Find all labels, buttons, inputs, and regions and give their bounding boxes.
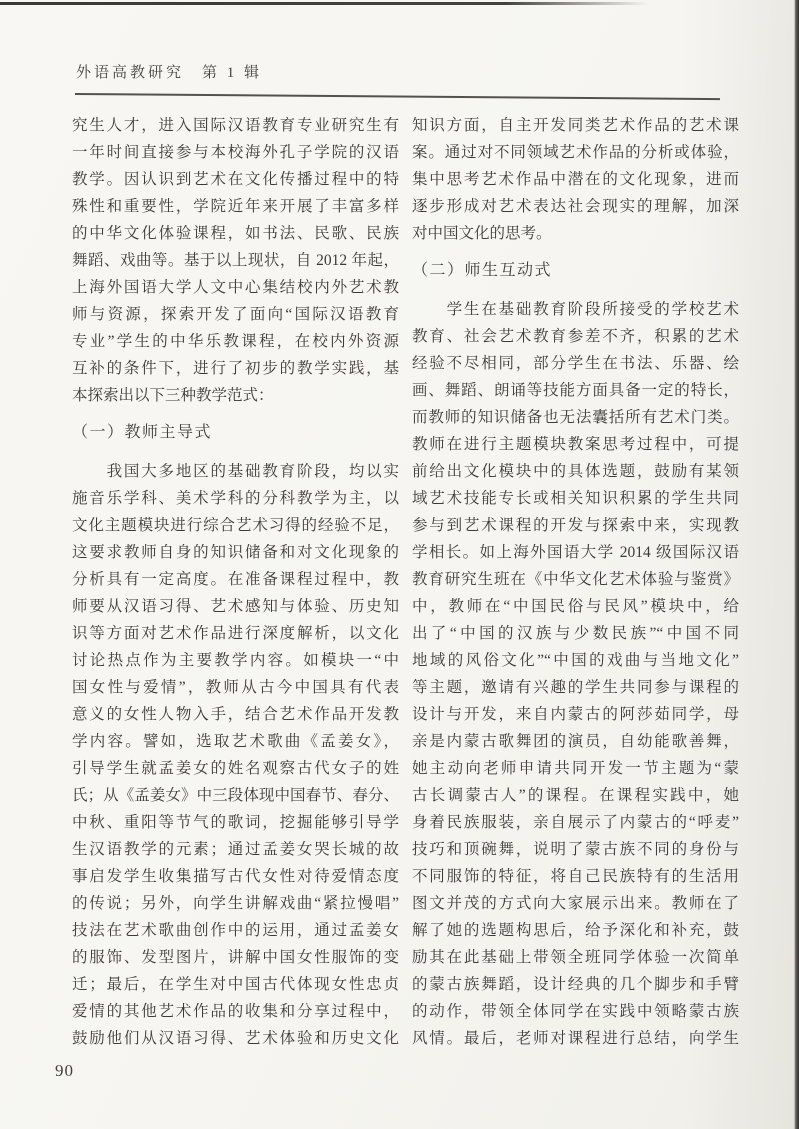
text-line: 学相长。如上海外国语大学 2014 级国际汉语	[412, 539, 739, 566]
text-line: 教师在进行主题模块教案思考过程中，可提	[412, 431, 739, 458]
text-line: 的动作，带领全体同学在实践中领略蒙古族	[412, 998, 739, 1025]
text-line: 古长调蒙古人”的课程。在课程实践中，她	[412, 782, 739, 809]
text-line: 国女性与爱情”，教师从古今中国具有代表	[72, 674, 399, 701]
text-line: 解了她的选题构思后，给予深化和补充，鼓	[412, 917, 739, 944]
text-line: 教育研究生班在《中华文化艺术体验与鉴赏》	[412, 566, 739, 593]
text-line: 技法在艺术歌曲创作中的运用，通过孟姜女	[72, 917, 399, 944]
text-line: 出了“中国的汉族与少数民族”“中国不同	[412, 620, 739, 647]
text-line: 学内容。譬如，选取艺术歌曲《孟姜女》，	[72, 728, 399, 755]
text-line: 前给出文化模块中的具体选题，鼓励有某领	[412, 458, 739, 485]
text-line: 这要求教师自身的知识储备和对文化现象的	[72, 539, 399, 566]
text-line: 逐步形成对艺术表达社会现实的理解，加深	[412, 193, 739, 220]
text-line: 学生在基础教育阶段所接受的学校艺术	[412, 296, 739, 323]
text-line: 教学。因认识到艺术在文化传播过程中的特	[72, 166, 399, 193]
header-rule	[75, 93, 720, 100]
text-line: 集中思考艺术作品中潜在的文化现象，进而	[412, 166, 739, 193]
text-line: 爱情的其他艺术作品的收集和分享过程中，	[72, 998, 399, 1025]
text-line: 她主动向老师申请共同开发一节主题为“蒙	[412, 755, 739, 782]
text-line: 生汉语教学的元素；通过孟姜女哭长城的故	[72, 836, 399, 863]
text-line: 师要从汉语习得、艺术感知与体验、历史知	[72, 593, 399, 620]
text-line: 中，教师在“中国民俗与民风”模块中，给	[412, 593, 739, 620]
paragraph: 知识方面，自主开发同类艺术作品的艺术课案。通过对不同领域艺术作品的分析或体验，集…	[412, 112, 739, 247]
text-line: 亲是内蒙古歌舞团的演员，自幼能歌善舞，	[412, 728, 739, 755]
text-line: 一年时间直接参与本校海外孔子学院的汉语	[72, 139, 399, 166]
text-line: 风情。最后，老师对课程进行总结，向学生	[412, 1025, 739, 1052]
text-line: 本探索出以下三种教学范式：	[72, 382, 399, 409]
text-line: 知识方面，自主开发同类艺术作品的艺术课	[412, 112, 739, 139]
text-line: 引导学生就孟姜女的姓名观察古代女子的姓	[72, 755, 399, 782]
text-line: 互补的条件下，进行了初步的教学实践，基	[72, 355, 399, 382]
text-line: 的蒙古族舞蹈，设计经典的几个脚步和手臂	[412, 971, 739, 998]
text-line: 等主题，邀请有兴趣的学生共同参与课程的	[412, 674, 739, 701]
page-number: 90	[55, 1061, 74, 1081]
text-line: 中秋、重阳等节气的歌词，挖掘能够引导学	[72, 809, 399, 836]
text-column-left: 究生人才，进入国际汉语教育专业研究生有一年时间直接参与本校海外孔子学院的汉语教学…	[72, 112, 399, 1052]
running-header: 外语高教研究 第 1 辑	[76, 61, 262, 82]
text-line: 讨论热点作为主要教学内容。如模块一“中	[72, 647, 399, 674]
text-line: 我国大多地区的基础教育阶段，均以实	[72, 458, 399, 485]
journal-title: 外语高教研究 第 1 辑	[76, 65, 262, 81]
text-line: 案。通过对不同领域艺术作品的分析或体验，	[412, 139, 739, 166]
text-line: 分析具有一定高度。在准备课程过程中，教	[72, 566, 399, 593]
text-line: 图文并茂的方式向大家展示出来。教师在了	[412, 890, 739, 917]
text-line: 域艺术技能专长或相关知识积累的学生共同	[412, 485, 739, 512]
text-line: 舞蹈、戏曲等。基于以上现状，自 2012 年起，	[72, 247, 399, 274]
text-line: 的服饰、发型图片，讲解中国女性服饰的变	[72, 944, 399, 971]
text-line: 身着民族服装，亲自展示了内蒙古的“呼麦”	[412, 809, 739, 836]
text-line: 而教师的知识储备也无法囊括所有艺术门类。	[412, 404, 739, 431]
text-line: 施音乐学科、美术学科的分科教学为主，以	[72, 485, 399, 512]
text-line: 不同服饰的特征，将自己民族特有的生活用	[412, 863, 739, 890]
text-line: 地域的风俗文化”“中国的戏曲与当地文化”	[412, 647, 739, 674]
two-column-text-body: 究生人才，进入国际汉语教育专业研究生有一年时间直接参与本校海外孔子学院的汉语教学…	[72, 112, 739, 1052]
paragraph: 究生人才，进入国际汉语教育专业研究生有一年时间直接参与本校海外孔子学院的汉语教学…	[72, 112, 399, 409]
text-line: 参与到艺术课程的开发与探索中来，实现教	[412, 512, 739, 539]
text-line: 技巧和顶碗舞，说明了蒙古族不同的身份与	[412, 836, 739, 863]
text-line: 殊性和重要性，学院近年来开展了丰富多样	[72, 193, 399, 220]
text-line: 的传说；另外，向学生讲解戏曲“紧拉慢唱”	[72, 890, 399, 917]
text-line: 上海外国语大学人文中心集结校内外艺术教	[72, 274, 399, 301]
text-line: 的中华文化体验课程，如书法、民歌、民族	[72, 220, 399, 247]
section-heading: （二）师生互动式	[412, 257, 739, 284]
text-line: 鼓励他们从汉语习得、艺术体验和历史文化	[72, 1025, 399, 1052]
text-line: 画、舞蹈、朗诵等技能方面具备一定的特长，	[412, 377, 739, 404]
text-line: 设计与开发，来自内蒙古的阿莎茹同学，母	[412, 701, 739, 728]
text-line: 迁；最后，在学生对中国古代体现女性忠贞	[72, 971, 399, 998]
text-line: 对中国文化的思考。	[412, 220, 739, 247]
scan-artifact-top-edge	[0, 2, 648, 5]
paragraph: 学生在基础教育阶段所接受的学校艺术教育、社会艺术教育参差不齐，积累的艺术经验不尽…	[412, 296, 739, 1052]
text-line: 事启发学生收集描写古代女性对待爱情态度	[72, 863, 399, 890]
text-line: 文化主题模块进行综合艺术习得的经验不足，	[72, 512, 399, 539]
text-line: 教育、社会艺术教育参差不齐，积累的艺术	[412, 323, 739, 350]
scan-artifact-right-edge	[794, 0, 799, 1129]
text-line: 氏；从《孟姜女》中三段体现中国春节、春分、	[72, 782, 399, 809]
section-heading: （一）教师主导式	[72, 419, 399, 446]
text-line: 励其在此基础上带领全班同学体验一次简单	[412, 944, 739, 971]
text-line: 师与资源，探索开发了面向“国际汉语教育	[72, 301, 399, 328]
text-line: 专业”学生的中华乐教课程，在校内外资源	[72, 328, 399, 355]
text-line: 意义的女性人物入手，结合艺术作品开发教	[72, 701, 399, 728]
text-line: 经验不尽相同，部分学生在书法、乐器、绘	[412, 350, 739, 377]
text-line: 究生人才，进入国际汉语教育专业研究生有	[72, 112, 399, 139]
text-column-right: 知识方面，自主开发同类艺术作品的艺术课案。通过对不同领域艺术作品的分析或体验，集…	[412, 112, 739, 1052]
text-line: 识等方面对艺术作品进行深度解析，以文化	[72, 620, 399, 647]
paragraph: 我国大多地区的基础教育阶段，均以实施音乐学科、美术学科的分科教学为主，以文化主题…	[72, 458, 399, 1052]
